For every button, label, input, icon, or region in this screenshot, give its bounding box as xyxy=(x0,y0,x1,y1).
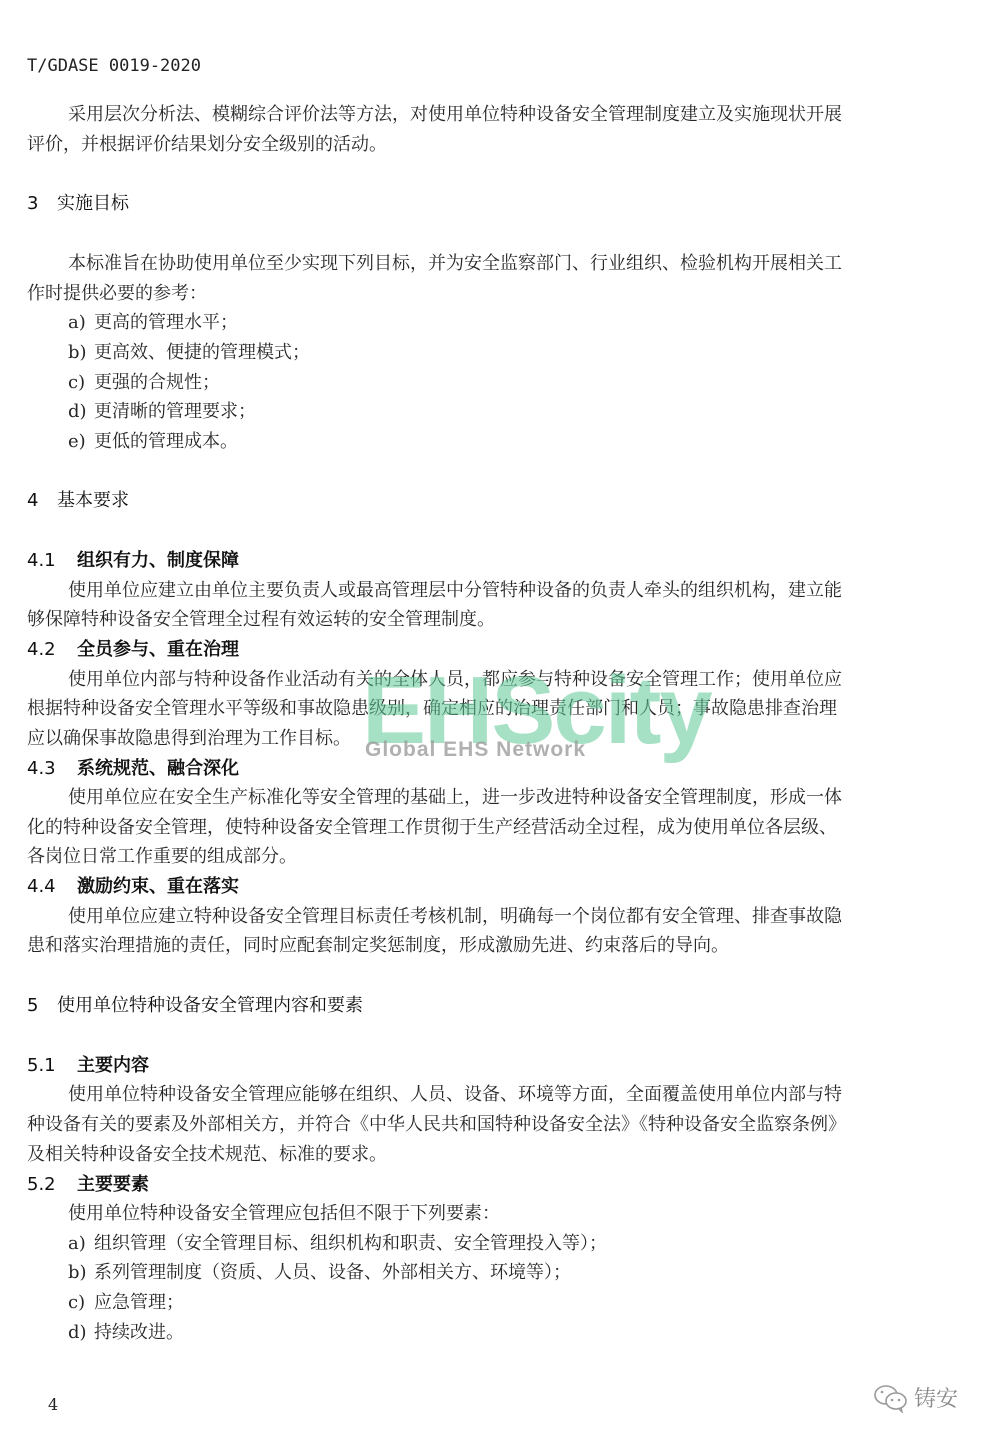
list-text: 组织管理（安全管理目标、组织机构和职责、安全管理投入等）； xyxy=(94,1233,607,1254)
subsection-heading-4-3: 4.3系统规范、融合深化 xyxy=(27,758,239,780)
subsection-heading-5-1: 5.1主要内容 xyxy=(27,1055,149,1077)
section-title: 实施目标 xyxy=(57,193,129,214)
subsection-title: 主要要素 xyxy=(77,1174,149,1195)
paragraph-line: 各岗位日常工作重要的组成部分。 xyxy=(27,846,297,868)
list-label: e) xyxy=(68,431,94,453)
list-text: 持续改进。 xyxy=(94,1322,184,1343)
list-text: 应急管理； xyxy=(94,1292,184,1313)
list-text: 更高效、便捷的管理模式； xyxy=(94,342,310,363)
brand-badge: 铸安 xyxy=(872,1382,958,1413)
section-heading-3: 3实施目标 xyxy=(27,193,129,215)
section-heading-5: 5使用单位特种设备安全管理内容和要素 xyxy=(27,995,363,1017)
list-item: e)更低的管理成本。 xyxy=(68,431,238,453)
document-page: T/GDASE 0019-2020 采用层次分析法、模糊综合评价法等方法，对使用… xyxy=(0,0,1000,1442)
wechat-icon xyxy=(872,1383,910,1413)
paragraph-line: 使用单位内部与特种设备作业活动有关的全体人员，都应参与特种设备安全管理工作；使用… xyxy=(68,669,842,691)
section-title: 基本要求 xyxy=(57,490,129,511)
list-label: b) xyxy=(68,342,94,364)
list-label: c) xyxy=(68,372,94,394)
paragraph-line: 使用单位特种设备安全管理应包括但不限于下列要素： xyxy=(68,1203,500,1225)
subsection-title: 全员参与、重在治理 xyxy=(77,639,239,660)
subsection-number: 5.2 xyxy=(27,1174,77,1196)
section-title: 使用单位特种设备安全管理内容和要素 xyxy=(57,995,363,1016)
subsection-title: 激励约束、重在落实 xyxy=(77,876,239,897)
list-text: 更高的管理水平； xyxy=(94,312,238,333)
page-number: 4 xyxy=(48,1395,58,1414)
subsection-heading-4-4: 4.4激励约束、重在落实 xyxy=(27,876,239,898)
paragraph-line: 患和落实治理措施的责任，同时应配套制定奖惩制度，形成激励先进、约束落后的导向。 xyxy=(27,935,729,957)
list-label: a) xyxy=(68,1233,94,1255)
paragraph-line: 及相关特种设备安全技术规范、标准的要求。 xyxy=(27,1144,387,1166)
list-item: d)更清晰的管理要求； xyxy=(68,401,256,423)
paragraph-line: 使用单位特种设备安全管理应能够在组织、人员、设备、环境等方面，全面覆盖使用单位内… xyxy=(68,1084,842,1106)
list-item: d)持续改进。 xyxy=(68,1322,184,1344)
list-item: c)更强的合规性； xyxy=(68,372,220,394)
subsection-title: 组织有力、制度保障 xyxy=(77,550,239,571)
list-label: d) xyxy=(68,1322,94,1344)
list-text: 系列管理制度（资质、人员、设备、外部相关方、环境等）； xyxy=(94,1262,571,1283)
paragraph-line: 使用单位应在安全生产标准化等安全管理的基础上，进一步改进特种设备安全管理制度，形… xyxy=(68,787,842,809)
brand-name: 铸安 xyxy=(914,1382,958,1413)
subsection-heading-5-2: 5.2主要要素 xyxy=(27,1174,149,1196)
list-item: b)系列管理制度（资质、人员、设备、外部相关方、环境等）； xyxy=(68,1262,571,1284)
list-label: d) xyxy=(68,401,94,423)
paragraph-line: 根据特种设备安全管理水平等级和事故隐患级别，确定相应的治理责任部门和人员；事故隐… xyxy=(27,698,837,720)
section-heading-4: 4基本要求 xyxy=(27,490,129,512)
paragraph-line: 评价，并根据评价结果划分安全级别的活动。 xyxy=(27,134,387,156)
subsection-number: 5.1 xyxy=(27,1055,77,1077)
subsection-number: 4.1 xyxy=(27,550,77,572)
paragraph-line: 作时提供必要的参考： xyxy=(27,283,207,305)
subsection-number: 4.2 xyxy=(27,639,77,661)
section-number: 4 xyxy=(27,490,57,512)
subsection-number: 4.4 xyxy=(27,876,77,898)
paragraph-line: 种设备有关的要素及外部相关方，并符合《中华人民共和国特种设备安全法》《特种设备安… xyxy=(27,1114,846,1136)
list-label: a) xyxy=(68,312,94,334)
list-item: b)更高效、便捷的管理模式； xyxy=(68,342,310,364)
subsection-heading-4-1: 4.1组织有力、制度保障 xyxy=(27,550,239,572)
paragraph-line: 采用层次分析法、模糊综合评价法等方法，对使用单位特种设备安全管理制度建立及实施现… xyxy=(68,104,842,126)
list-label: c) xyxy=(68,1292,94,1314)
list-text: 更强的合规性； xyxy=(94,372,220,393)
subsection-title: 主要内容 xyxy=(77,1055,149,1076)
paragraph-line: 本标准旨在协助使用单位至少实现下列目标，并为安全监察部门、行业组织、检验机构开展… xyxy=(68,253,842,275)
watermark-tagline: Global EHS Network xyxy=(365,738,586,762)
list-text: 更低的管理成本。 xyxy=(94,431,238,452)
list-item: a)更高的管理水平； xyxy=(68,312,238,334)
document-code: T/GDASE 0019-2020 xyxy=(27,56,201,76)
paragraph-line: 使用单位应建立由单位主要负责人或最高管理层中分管特种设备的负责人牵头的组织机构，… xyxy=(68,580,842,602)
paragraph-line: 化的特种设备安全管理，使特种设备安全管理工作贯彻于生产经营活动全过程，成为使用单… xyxy=(27,817,837,839)
paragraph-line: 够保障特种设备安全管理全过程有效运转的安全管理制度。 xyxy=(27,609,495,631)
section-number: 5 xyxy=(27,995,57,1017)
subsection-title: 系统规范、融合深化 xyxy=(77,758,239,779)
list-item: a)组织管理（安全管理目标、组织机构和职责、安全管理投入等）； xyxy=(68,1233,607,1255)
section-number: 3 xyxy=(27,193,57,215)
paragraph-line: 应以确保事故隐患得到治理为工作目标。 xyxy=(27,728,351,750)
list-text: 更清晰的管理要求； xyxy=(94,401,256,422)
subsection-number: 4.3 xyxy=(27,758,77,780)
paragraph-line: 使用单位应建立特种设备安全管理目标责任考核机制，明确每一个岗位都有安全管理、排查… xyxy=(68,906,842,928)
list-label: b) xyxy=(68,1262,94,1284)
subsection-heading-4-2: 4.2全员参与、重在治理 xyxy=(27,639,239,661)
list-item: c)应急管理； xyxy=(68,1292,184,1314)
